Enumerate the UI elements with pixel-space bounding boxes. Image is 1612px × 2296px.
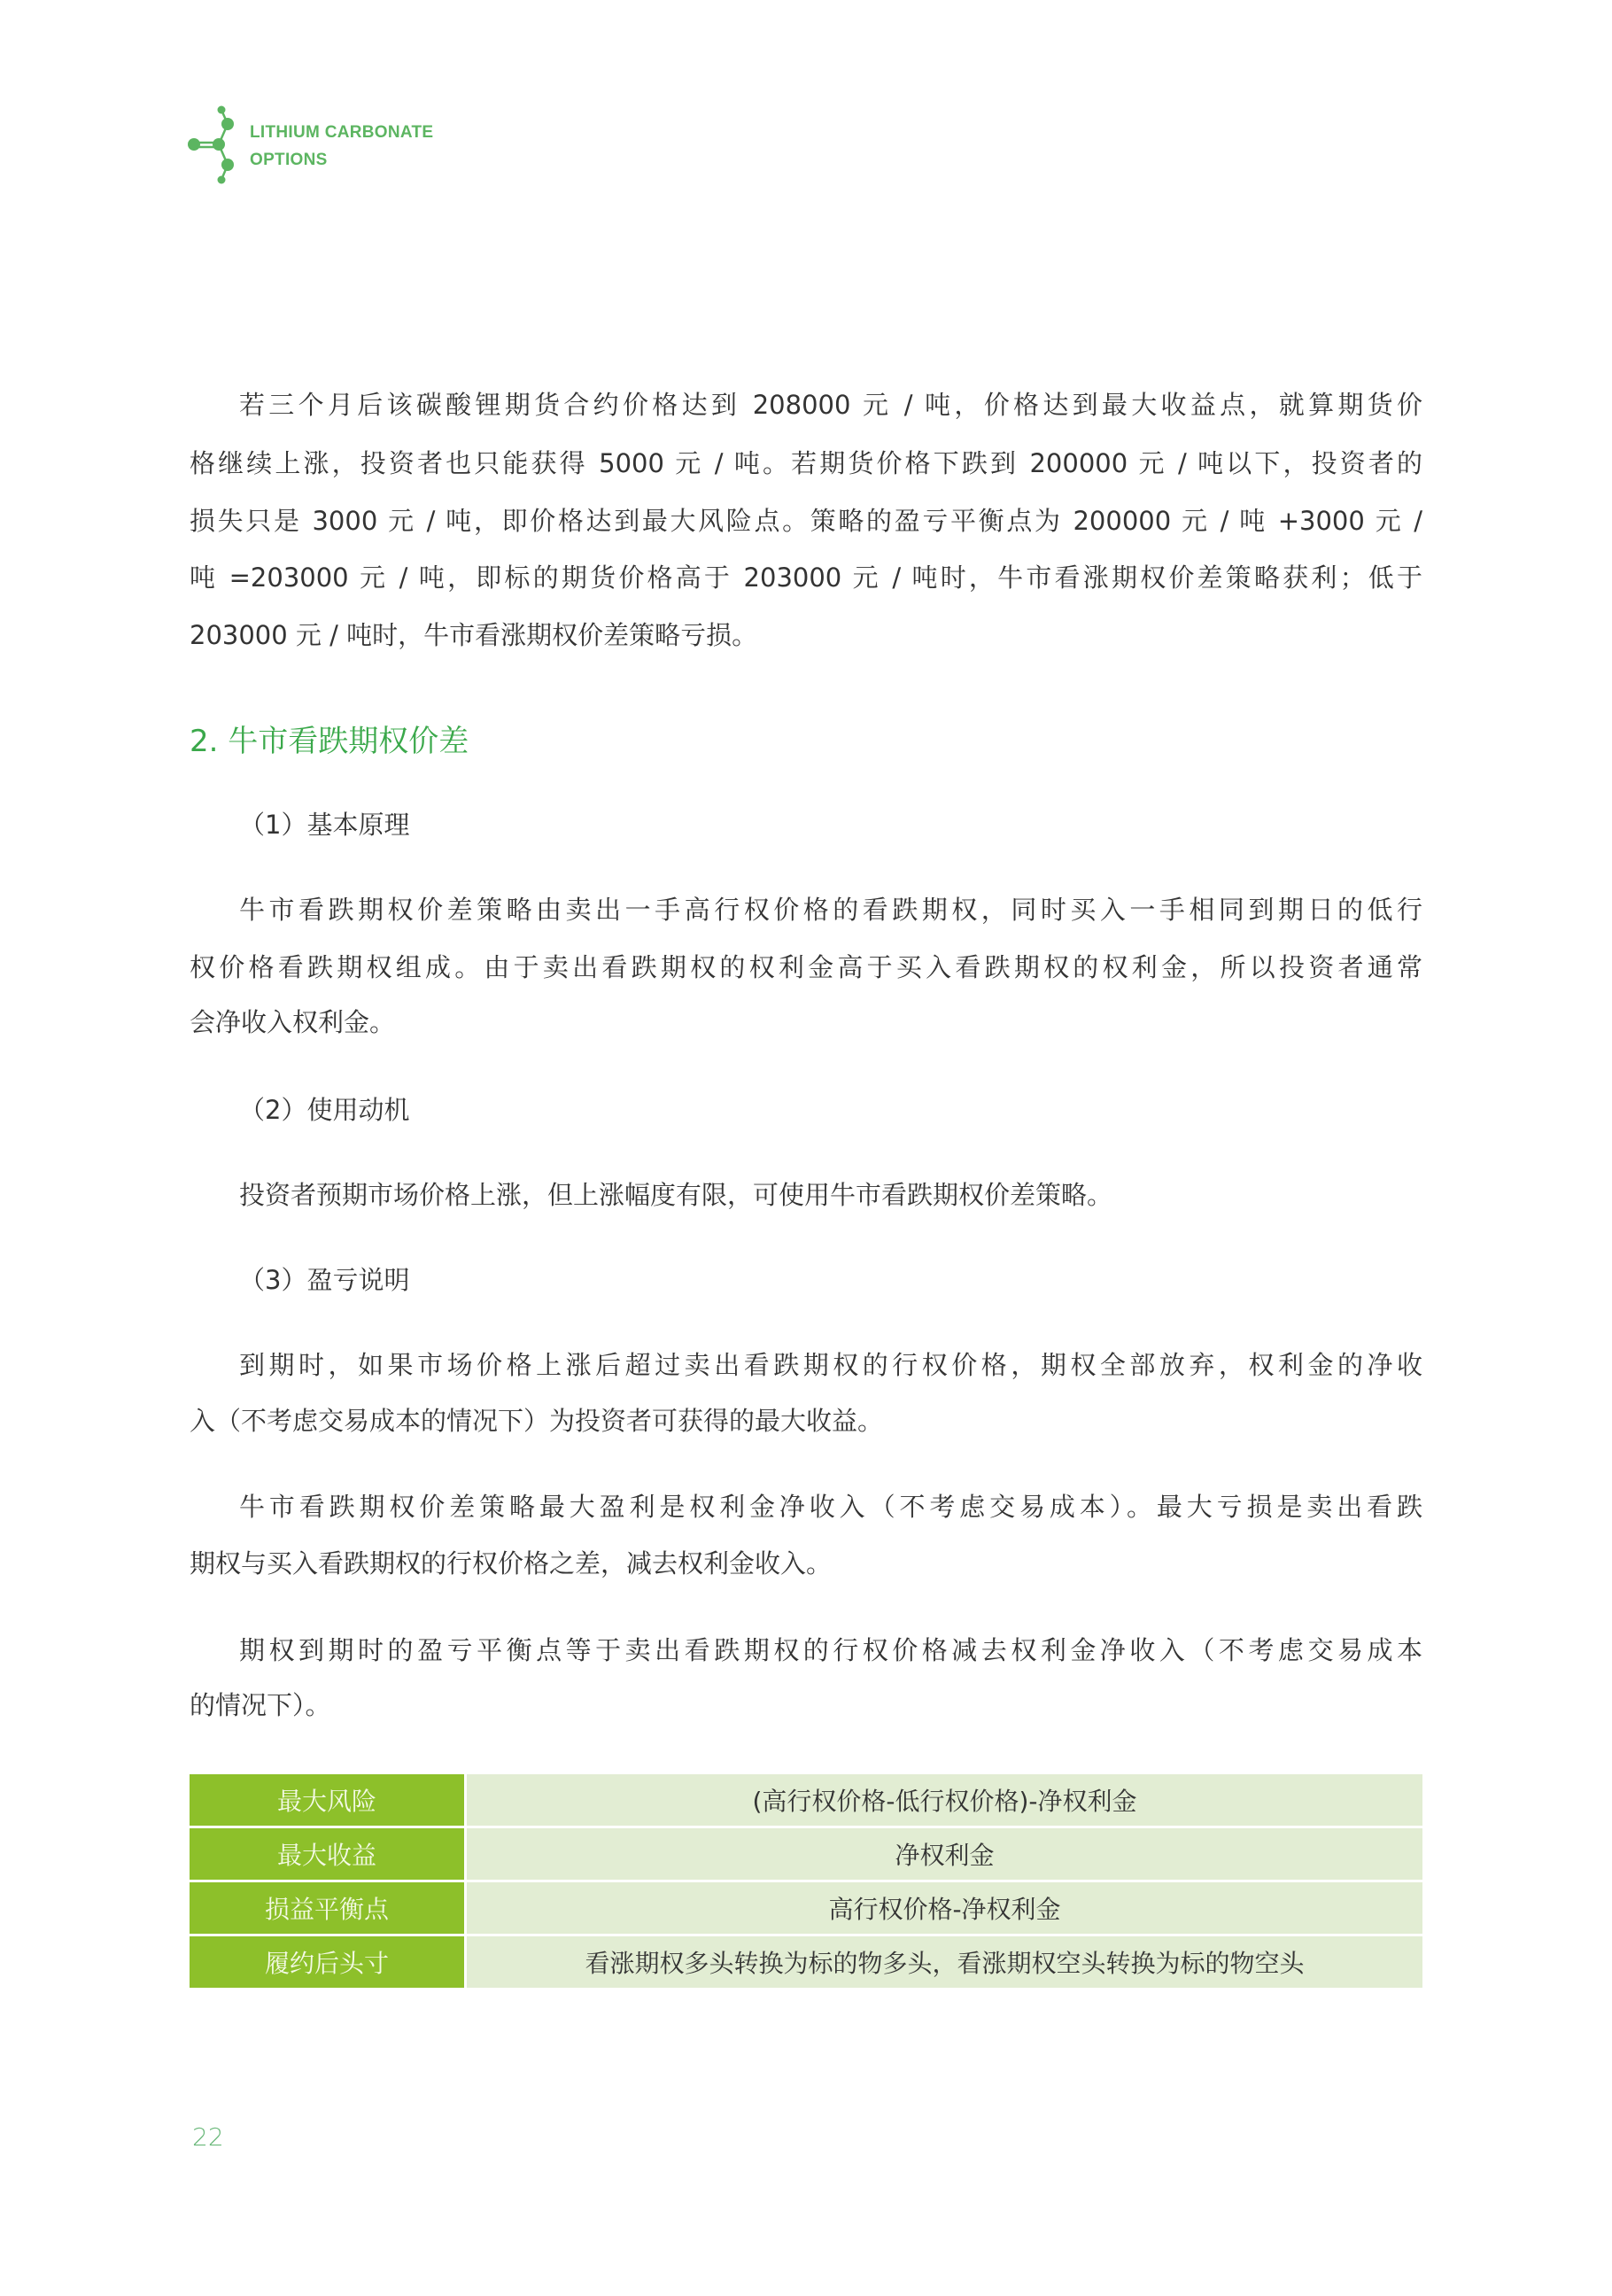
paragraph-line: 的情况下）。 [190,1687,1422,1723]
row-label: 最大风险 [190,1774,464,1826]
row-label: 履约后头寸 [190,1936,464,1988]
paragraph-line: 入（不考虑交易成本的情况下）为投资者可获得的最大收益。 [190,1403,1422,1439]
paragraph-line: 203000 元 / 吨时，牛市看涨期权价差策略亏损。 [190,617,1422,653]
subsection-title-basic-principle: （1）基本原理 [239,807,409,842]
subsection-title-profit-loss: （3）盈亏说明 [239,1262,409,1298]
brand-line-1: LITHIUM CARBONATE [250,119,433,146]
table-row-max-profit: 最大收益 净权利金 [190,1828,1422,1880]
paragraph-line: 期权到期时的盈亏平衡点等于卖出看跌期权的行权价格减去权利金净收入（不考虑交易成本 [239,1633,1422,1668]
paragraph-line: 若三个月后该碳酸锂期货合约价格达到 208000 元 / 吨，价格达到最大收益点… [239,387,1422,423]
paragraph-line: 吨 =203000 元 / 吨，即标的期货价格高于 203000 元 / 吨时，… [190,560,1422,595]
brand-name: LITHIUM CARBONATE OPTIONS [250,119,433,174]
row-value: 看涨期权多头转换为标的物多头，看涨期权空头转换为标的物空头 [467,1936,1422,1988]
row-label: 最大收益 [190,1828,464,1880]
paragraph-line: 期权与买入看跌期权的行权价格之差，减去权利金收入。 [190,1546,1422,1581]
row-value: 净权利金 [467,1828,1422,1880]
paragraph-line: 牛市看跌期权价差策略由卖出一手高行权价格的看跌期权，同时买入一手相同到期日的低行 [239,892,1422,927]
table-row-breakeven: 损益平衡点 高行权价格-净权利金 [190,1882,1422,1934]
row-label: 损益平衡点 [190,1882,464,1934]
paragraph-line: 到期时，如果市场价格上涨后超过卖出看跌期权的行权价格，期权全部放弃，权利金的净收 [239,1347,1422,1383]
table-row-max-risk: 最大风险 (高行权价格-低行权价格)-净权利金 [190,1774,1422,1826]
paragraph-line: 牛市看跌期权价差策略最大盈利是权利金净收入（不考虑交易成本）。最大亏损是卖出看跌 [239,1489,1422,1524]
row-value: (高行权价格-低行权价格)-净权利金 [467,1774,1422,1826]
paragraph-line: 会净收入权利金。 [190,1004,1422,1040]
brand-line-2: OPTIONS [250,146,433,174]
strategy-summary-table: 最大风险 (高行权价格-低行权价格)-净权利金 最大收益 净权利金 损益平衡点 … [190,1774,1422,1988]
subsection-title-motivation: （2）使用动机 [239,1092,409,1128]
table-row-post-exercise-position: 履约后头寸 看涨期权多头转换为标的物多头，看涨期权空头转换为标的物空头 [190,1936,1422,1988]
paragraph-line: 损失只是 3000 元 / 吨，即价格达到最大风险点。策略的盈亏平衡点为 200… [190,503,1422,539]
page-number: 22 [192,2122,224,2152]
paragraph-line: 投资者预期市场价格上涨，但上涨幅度有限，可使用牛市看跌期权价差策略。 [239,1177,1422,1213]
paragraph-line: 格继续上涨，投资者也只能获得 5000 元 / 吨。若期货价格下跌到 20000… [190,446,1422,481]
section-heading: 2. 牛市看跌期权价差 [190,722,469,761]
row-value: 高行权价格-净权利金 [467,1882,1422,1934]
brand-logo: LITHIUM CARBONATE OPTIONS [182,99,465,188]
molecule-icon [182,99,244,188]
paragraph-line: 权价格看跌期权组成。由于卖出看跌期权的权利金高于买入看跌期权的权利金，所以投资者… [190,950,1422,985]
